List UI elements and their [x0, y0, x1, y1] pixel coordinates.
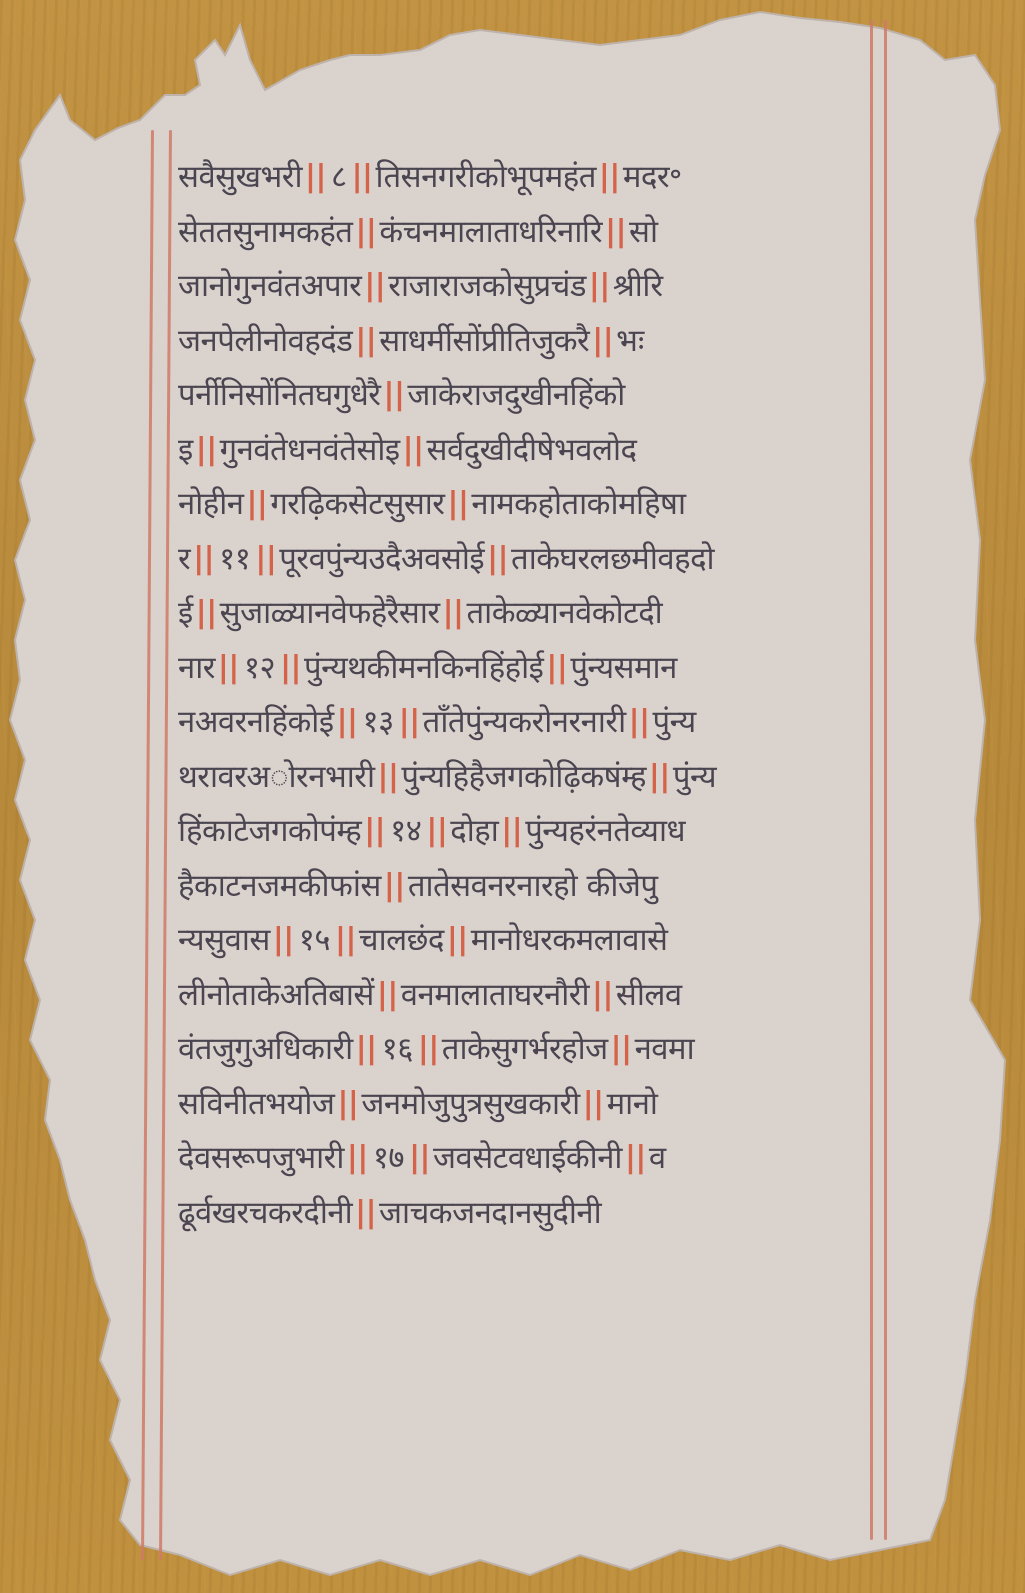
text-segment: राजाराजकोसुप्रचंड: [388, 259, 586, 313]
text-segment: र: [178, 532, 190, 586]
text-line-15: न्यसुवास || १५ || चालछंद || मानोधरकमलावा…: [178, 913, 868, 968]
text-line-14: हैकाटनजमकीफांस || तातेसवनरनारहो कीजेपु: [178, 859, 868, 914]
danda-mark: ||: [335, 913, 356, 967]
text-segment: न्यसुवास: [178, 913, 270, 967]
verse-number: १५: [299, 913, 330, 967]
text-segment: सो: [629, 205, 658, 259]
manuscript-folio: सवैसुखभरी || ८ || तिसनगरीकोभूपमहंत || मद…: [0, 0, 1025, 1593]
danda-mark: ||: [347, 1131, 368, 1185]
danda-mark: ||: [218, 641, 239, 695]
danda-mark: ||: [384, 859, 405, 913]
text-segment: सर्वदुखीदीषेभवलोद: [427, 423, 637, 477]
text-line-1: सवैसुखभरी || ८ || तिसनगरीकोभूपमहंत || मद…: [178, 150, 868, 205]
text-segment: कंचनमालाताधरिनारि: [379, 205, 602, 259]
danda-mark: ||: [364, 804, 385, 858]
danda-mark: ||: [383, 368, 404, 422]
danda-mark: ||: [399, 695, 420, 749]
danda-mark: ||: [447, 913, 468, 967]
text-segment: गुनवंतेधनवंतेसोइ: [220, 423, 400, 477]
danda-mark: ||: [377, 750, 398, 804]
text-line-18: सविनीतभयोज || जनमोजुपुत्रसुखकारी || मानो: [178, 1077, 868, 1132]
danda-mark: ||: [255, 532, 276, 586]
text-segment: ताकेळ्यानवेकोटदी: [467, 586, 663, 640]
text-segment: सीलव: [616, 968, 682, 1022]
danda-mark: ||: [599, 150, 620, 204]
danda-mark: ||: [337, 695, 358, 749]
text-segment: नअवरनहिंकोई: [178, 695, 334, 749]
text-segment: ताकेसुगर्भरहोज: [442, 1022, 608, 1076]
danda-mark: ||: [409, 1131, 430, 1185]
danda-mark: ||: [337, 1077, 358, 1131]
text-segment: जवसेटवधाईकीनी: [433, 1131, 622, 1185]
text-line-3: जानोगुनवंतअपार || राजाराजकोसुप्रचंड || श…: [178, 259, 868, 314]
text-segment: मानो: [607, 1077, 658, 1131]
text-line-13: हिंकाटेजगकोपंम्ह || १४ || दोहा || पुंन्य…: [178, 804, 868, 859]
danda-mark: ||: [605, 205, 626, 259]
manuscript-text: सवैसुखभरी || ८ || तिसनगरीकोभूपमहंत || मद…: [178, 150, 868, 1240]
text-segment: हिंकाटेजगकोपंम्ह: [178, 804, 361, 858]
danda-mark: ||: [487, 532, 508, 586]
danda-mark: ||: [352, 150, 373, 204]
verse-number: १३: [362, 695, 393, 749]
text-segment: जनमोजुपुत्रसुखकारी: [361, 1077, 579, 1131]
text-segment: सविनीतभयोज: [178, 1077, 334, 1131]
danda-mark: ||: [196, 423, 217, 477]
danda-mark: ||: [355, 205, 376, 259]
right-margin-rule-outer: [870, 20, 873, 1540]
text-line-10: नार || १२ || पुंन्यथकीमनकिनहिंहोई || पुं…: [178, 641, 868, 696]
text-segment: भः: [616, 314, 644, 368]
text-segment: लीनोताकेअतिबासें: [178, 968, 374, 1022]
danda-mark: ||: [273, 913, 294, 967]
verse-number: १४: [390, 804, 421, 858]
text-segment: नामकहोताकोमहिषा: [471, 477, 685, 531]
danda-mark: ||: [546, 641, 567, 695]
danda-mark: ||: [625, 1131, 646, 1185]
text-segment: साधर्मीसोंप्रीतिजुकरै: [379, 314, 589, 368]
text-segment: सवैसुखभरी: [178, 150, 302, 204]
danda-mark: ||: [592, 314, 613, 368]
verse-number: १२: [244, 641, 275, 695]
text-segment: वंतजुगुअधिकारी: [178, 1022, 353, 1076]
danda-mark: ||: [418, 1022, 439, 1076]
text-segment: पुंन्यथकीमनकिनहिंहोई: [304, 641, 543, 695]
text-line-4: जनपेलीनोवहदंड || साधर्मीसोंप्रीतिजुकरै |…: [178, 314, 868, 369]
text-segment: व: [649, 1131, 666, 1185]
text-segment: नार: [178, 641, 215, 695]
text-line-8: र || ११ || पूरवपुंन्यउदैअवसोई || ताकेघरल…: [178, 532, 868, 587]
verse-number: १७: [373, 1131, 404, 1185]
text-segment: गरढ़िकसेटसुसार: [270, 477, 444, 531]
text-segment: पुंन्य: [653, 695, 696, 749]
text-segment: थरावरअोरनभारी: [178, 750, 374, 804]
danda-mark: ||: [196, 586, 217, 640]
text-line-5: पर्नीनिसोंनितघगुधेरै || जाकेराजदुखीनहिंक…: [178, 368, 868, 423]
danda-mark: ||: [377, 968, 398, 1022]
verse-number: १६: [382, 1022, 413, 1076]
text-segment: मानोधरकमलावासे: [471, 913, 668, 967]
danda-mark: ||: [246, 477, 267, 531]
text-line-16: लीनोताकेअतिबासें || वनमालाताघरनौरी || सी…: [178, 968, 868, 1023]
danda-mark: ||: [355, 314, 376, 368]
text-segment: हैकाटनजमकीफांस: [178, 859, 381, 913]
text-segment: पुंन्य: [673, 750, 716, 804]
text-segment: देवसरूपजुभारी: [178, 1131, 344, 1185]
text-segment: पूरवपुंन्यउदैअवसोई: [279, 532, 484, 586]
right-margin-rule-inner: [884, 20, 887, 1540]
text-segment: जनपेलीनोवहदंड: [178, 314, 352, 368]
text-segment: पुंन्यहिहैजगकोढ़िकषंम्ह: [401, 750, 646, 804]
danda-mark: ||: [403, 423, 424, 477]
danda-mark: ||: [583, 1077, 604, 1131]
danda-mark: ||: [589, 259, 610, 313]
text-segment: तिसनगरीकोभूपमहंत: [375, 150, 595, 204]
text-segment: मदर॰: [623, 150, 682, 204]
text-segment: सुजाळ्यानवेफहेरैसार: [220, 586, 440, 640]
danda-mark: ||: [501, 804, 522, 858]
danda-mark: ||: [193, 532, 214, 586]
text-line-17: वंतजुगुअधिकारी || १६ || ताकेसुगर्भरहोज |…: [178, 1022, 868, 1077]
text-segment: नोहीन: [178, 477, 243, 531]
danda-mark: ||: [611, 1022, 632, 1076]
verse-number: ८: [331, 150, 347, 204]
danda-mark: ||: [426, 804, 447, 858]
text-segment: जाकेराजदुखीनहिंको: [407, 368, 624, 422]
meter-label: दोहा: [450, 804, 498, 858]
danda-mark: ||: [629, 695, 650, 749]
text-line-7: नोहीन || गरढ़िकसेटसुसार || नामकहोताकोमहि…: [178, 477, 868, 532]
text-segment: पुंन्यसमान: [570, 641, 676, 695]
text-line-11: नअवरनहिंकोई || १३ || ताँतेपुंन्यकरोनरनार…: [178, 695, 868, 750]
text-line-2: सेततसुनामकहंत || कंचनमालाताधरिनारि || सो: [178, 205, 868, 260]
text-segment: श्रीरि: [613, 259, 663, 313]
text-segment: पुंन्यहरंनतेव्याध: [525, 804, 685, 858]
text-line-6: इ || गुनवंतेधनवंतेसोइ || सर्वदुखीदीषेभवल…: [178, 423, 868, 478]
text-segment: तातेसवनरनारहो कीजेपु: [408, 859, 658, 913]
meter-label: चालछंद: [359, 913, 444, 967]
text-segment: ई: [178, 586, 193, 640]
danda-mark: ||: [649, 750, 670, 804]
text-segment: जाचकजनदानसुदीनी: [379, 1186, 601, 1240]
text-segment: जानोगुनवंतअपार: [178, 259, 361, 313]
danda-mark: ||: [443, 586, 464, 640]
text-segment: ताकेघरलछमीवहदो: [511, 532, 714, 586]
text-line-12: थरावरअोरनभारी || पुंन्यहिहैजगकोढ़िकषंम्ह…: [178, 750, 868, 805]
danda-mark: ||: [280, 641, 301, 695]
text-segment: सेततसुनामकहंत: [178, 205, 352, 259]
text-line-20: ढूर्वखरचकरदीनी || जाचकजनदानसुदीनी: [178, 1186, 868, 1241]
danda-mark: ||: [364, 259, 385, 313]
danda-mark: ||: [355, 1186, 376, 1240]
verse-number: ११: [219, 532, 250, 586]
text-segment: ढूर्वखरचकरदीनी: [178, 1186, 352, 1240]
text-line-9: ई || सुजाळ्यानवेफहेरैसार || ताकेळ्यानवेक…: [178, 586, 868, 641]
text-line-19: देवसरूपजुभारी || १७ || जवसेटवधाईकीनी || …: [178, 1131, 868, 1186]
text-segment: पर्नीनिसोंनितघगुधेरै: [178, 368, 380, 422]
danda-mark: ||: [592, 968, 613, 1022]
text-segment: वनमालाताघरनौरी: [401, 968, 589, 1022]
danda-mark: ||: [447, 477, 468, 531]
text-segment: ताँतेपुंन्यकरोनरनारी: [423, 695, 626, 749]
text-segment: इ: [178, 423, 193, 477]
danda-mark: ||: [305, 150, 326, 204]
text-segment: नवमा: [635, 1022, 695, 1076]
danda-mark: ||: [356, 1022, 377, 1076]
